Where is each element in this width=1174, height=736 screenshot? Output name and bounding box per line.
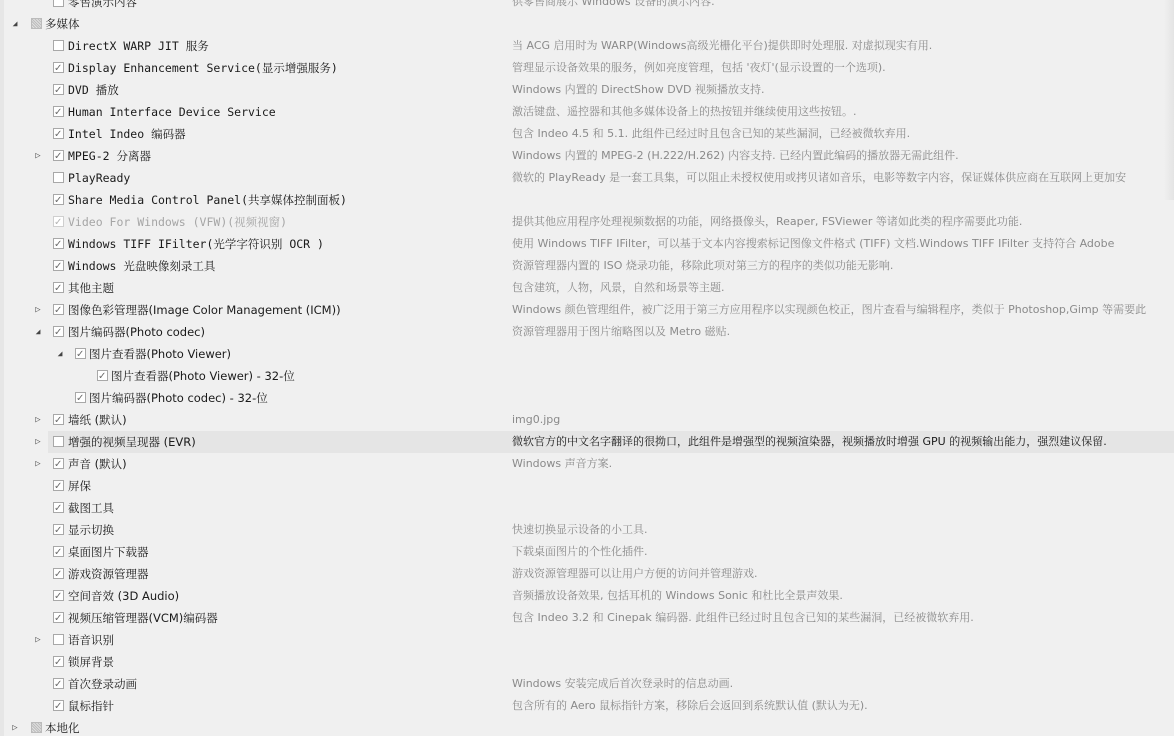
- tree-row-label: 本地化: [45, 717, 80, 736]
- tree-row-description: 游戏资源管理器可以让用户方便的访问并管理游戏.: [512, 563, 758, 585]
- tree-row[interactable]: 视频压缩管理器(VCM)编码器包含 Indeo 3.2 和 Cinepak 编码…: [0, 607, 1174, 629]
- tree-row-label: 语音识别: [68, 629, 114, 651]
- tree-row-description: 包含 Indeo 3.2 和 Cinepak 编码器. 此组件已经过时且包含已知…: [512, 607, 974, 629]
- tree-row-description: 管理显示设备效果的服务，例如亮度管理，包括 '夜灯'(显示设置的一个选项).: [512, 57, 886, 79]
- tree-row-label: 其他主题: [68, 277, 114, 299]
- tree-row-label: 锁屏背景: [68, 651, 114, 673]
- tree-row-label: 视频压缩管理器(VCM)编码器: [68, 607, 218, 629]
- tree-row[interactable]: 空间音效 (3D Audio)音频播放设备效果, 包括耳机的 Windows S…: [0, 585, 1174, 607]
- checkbox[interactable]: [53, 480, 64, 491]
- tree-row[interactable]: Windows TIFF IFilter(光学字符识别 OCR )使用 Wind…: [0, 233, 1174, 255]
- tree-row-label: 图片编码器(Photo codec) - 32-位: [89, 387, 268, 409]
- tree-row-label: 截图工具: [68, 497, 114, 519]
- checkbox[interactable]: [53, 458, 64, 469]
- tree-row-label: 零售演示内容: [68, 0, 137, 13]
- tree-row-label: 鼠标指针: [68, 695, 114, 717]
- tree-row-description: 供零售商展示 Windows 设备的演示内容.: [512, 0, 715, 13]
- tree-row-label: 多媒体: [45, 13, 80, 35]
- tree-row-label: 图片查看器(Photo Viewer): [89, 343, 231, 365]
- checkbox[interactable]: [53, 106, 64, 117]
- checkbox[interactable]: [53, 678, 64, 689]
- checkbox[interactable]: [53, 172, 64, 183]
- checkbox[interactable]: [53, 282, 64, 293]
- tree-row[interactable]: 图片查看器(Photo Viewer) - 32-位: [0, 365, 1174, 387]
- tree-row[interactable]: DVD 播放Windows 内置的 DirectShow DVD 视频播放支持.: [0, 79, 1174, 101]
- tree-row-label: 图片查看器(Photo Viewer) - 32-位: [111, 365, 295, 387]
- checkbox[interactable]: [53, 260, 64, 271]
- tree-row[interactable]: ▷MPEG-2 分离器Windows 内置的 MPEG-2 (H.222/H.2…: [0, 145, 1174, 167]
- expand-arrow-icon[interactable]: ▷: [33, 409, 43, 431]
- tree-row[interactable]: ▷墙纸 (默认)img0.jpg: [0, 409, 1174, 431]
- tree-row-label: 墙纸 (默认): [68, 409, 127, 431]
- tree-row-description: Windows 安装完成后首次登录时的信息动画.: [512, 673, 733, 695]
- tree-row-label: MPEG-2 分离器: [68, 145, 151, 167]
- tree-row-label: 图像色彩管理器(Image Color Management (ICM)): [68, 299, 341, 321]
- tree-row[interactable]: Intel Indeo 编码器包含 Indeo 4.5 和 5.1. 此组件已经…: [0, 123, 1174, 145]
- checkbox[interactable]: [53, 84, 64, 95]
- checkbox[interactable]: [53, 700, 64, 711]
- tree-row[interactable]: 屏保: [0, 475, 1174, 497]
- tree-row[interactable]: 桌面图片下载器下载桌面图片的个性化插件.: [0, 541, 1174, 563]
- checkbox: [53, 216, 64, 227]
- expand-arrow-icon[interactable]: ▷: [33, 145, 43, 167]
- collapse-arrow-icon[interactable]: ◢: [55, 343, 65, 365]
- checkbox[interactable]: [53, 612, 64, 623]
- collapse-arrow-icon[interactable]: ◢: [33, 321, 43, 343]
- tree-row-label: 桌面图片下载器: [68, 541, 149, 563]
- tree-row[interactable]: Human Interface Device Service激活键盘、遥控器和其…: [0, 101, 1174, 123]
- tree-row-description: 当 ACG 启用时为 WARP(Windows高级光栅化平台)提供即时处理服. …: [512, 35, 932, 57]
- tree-row-description: 提供其他应用程序处理视频数据的功能，网络摄像头，Reaper, FSViewer…: [512, 211, 1022, 233]
- checkbox[interactable]: [53, 0, 64, 7]
- tree-row-description: 音频播放设备效果, 包括耳机的 Windows Sonic 和杜比全景声效果.: [512, 585, 843, 607]
- tree-row-label: 屏保: [68, 475, 91, 497]
- tree-row[interactable]: ◢图片查看器(Photo Viewer): [0, 343, 1174, 365]
- checkbox[interactable]: [31, 722, 42, 733]
- checkbox[interactable]: [53, 568, 64, 579]
- expand-arrow-icon[interactable]: ▷: [33, 629, 43, 651]
- checkbox[interactable]: [75, 392, 86, 403]
- tree-row-label: 增强的视频呈现器 (EVR): [68, 431, 196, 453]
- checkbox[interactable]: [31, 18, 42, 29]
- checkbox[interactable]: [53, 656, 64, 667]
- tree-row[interactable]: ◢多媒体: [0, 13, 1174, 35]
- tree-row-description: Windows 内置的 MPEG-2 (H.222/H.262) 内容支持. 已…: [512, 145, 959, 167]
- tree-row-description: 包含 Indeo 4.5 和 5.1. 此组件已经过时且包含已知的某些漏洞，已经…: [512, 123, 910, 145]
- collapse-arrow-icon[interactable]: ◢: [10, 13, 20, 35]
- checkbox[interactable]: [75, 348, 86, 359]
- tree-row-description: Windows 颜色管理组件，被广泛用于第三方应用程序以实现颜色校正，图片查看与…: [512, 299, 1146, 321]
- tree-row-description: 资源管理器内置的 ISO 烧录功能，移除此项对第三方的程序的类似功能无影响.: [512, 255, 893, 277]
- checkbox[interactable]: [53, 436, 64, 447]
- checkbox[interactable]: [53, 150, 64, 161]
- tree-row[interactable]: DirectX WARP JIT 服务当 ACG 启用时为 WARP(Windo…: [0, 35, 1174, 57]
- tree-row-label: Windows 光盘映像刻录工具: [68, 255, 215, 277]
- tree-row-label: 空间音效 (3D Audio): [68, 585, 179, 607]
- tree-row-description: 微软官方的中文名字翻译的很拗口，此组件是增强型的视频渲染器，视频播放时增强 GP…: [512, 431, 1107, 453]
- tree-row[interactable]: ▷增强的视频呈现器 (EVR)微软官方的中文名字翻译的很拗口，此组件是增强型的视…: [0, 431, 1174, 453]
- tree-row[interactable]: 零售演示内容供零售商展示 Windows 设备的演示内容.: [0, 0, 1174, 13]
- expand-arrow-icon[interactable]: ▷: [33, 431, 43, 453]
- checkbox[interactable]: [53, 194, 64, 205]
- tree-row[interactable]: Video For Windows (VFW)(视频视窗)提供其他应用程序处理视…: [0, 211, 1174, 233]
- tree-row[interactable]: 显示切换快速切换显示设备的小工具.: [0, 519, 1174, 541]
- checkbox[interactable]: [53, 62, 64, 73]
- tree-row[interactable]: ◢图片编码器(Photo codec)资源管理器用于图片缩略图以及 Metro …: [0, 321, 1174, 343]
- checkbox[interactable]: [53, 502, 64, 513]
- tree-row-description: 微软的 PlayReady 是一套工具集，可以阻止未授权使用或拷贝诸如音乐，电影…: [512, 167, 1126, 189]
- tree-row[interactable]: PlayReady微软的 PlayReady 是一套工具集，可以阻止未授权使用或…: [0, 167, 1174, 189]
- tree-row[interactable]: 游戏资源管理器游戏资源管理器可以让用户方便的访问并管理游戏.: [0, 563, 1174, 585]
- checkbox[interactable]: [53, 414, 64, 425]
- tree-row[interactable]: Windows 光盘映像刻录工具资源管理器内置的 ISO 烧录功能，移除此项对第…: [0, 255, 1174, 277]
- tree-row-description: 快速切换显示设备的小工具.: [512, 519, 648, 541]
- tree-row-description: 下载桌面图片的个性化插件.: [512, 541, 648, 563]
- tree-row-description: 使用 Windows TIFF IFilter，可以基于文本内容搜索标记图像文件…: [512, 233, 1114, 255]
- tree-row-description: Windows 声音方案.: [512, 453, 612, 475]
- checkbox[interactable]: [53, 590, 64, 601]
- checkbox[interactable]: [53, 326, 64, 337]
- tree-row-description: 包含建筑，人物，风景，自然和场景等主题.: [512, 277, 725, 299]
- tree-row-label: 图片编码器(Photo codec): [68, 321, 205, 343]
- checkbox[interactable]: [53, 40, 64, 51]
- checkbox[interactable]: [53, 128, 64, 139]
- tree-row[interactable]: 锁屏背景: [0, 651, 1174, 673]
- checkbox[interactable]: [53, 238, 64, 249]
- tree-row[interactable]: 鼠标指针包含所有的 Aero 鼠标指针方案，移除后会返回到系统默认值 (默认为无…: [0, 695, 1174, 717]
- tree-row-label: DirectX WARP JIT 服务: [68, 35, 209, 57]
- tree-row[interactable]: Share Media Control Panel(共享媒体控制面板): [0, 189, 1174, 211]
- tree-row-label: Intel Indeo 编码器: [68, 123, 186, 145]
- checkbox[interactable]: [53, 546, 64, 557]
- tree-row-description: 激活键盘、遥控器和其他多媒体设备上的热按钮并继续使用这些按钮。.: [512, 101, 857, 123]
- tree-row-label: 首次登录动画: [68, 673, 137, 695]
- tree-row-label: Human Interface Device Service: [68, 101, 276, 123]
- tree-row-label: Video For Windows (VFW)(视频视窗): [68, 211, 287, 233]
- tree-row[interactable]: 其他主题包含建筑，人物，风景，自然和场景等主题.: [0, 277, 1174, 299]
- checkbox[interactable]: [97, 370, 108, 381]
- tree-row-label: 声音 (默认): [68, 453, 127, 475]
- tree-row[interactable]: ▷声音 (默认)Windows 声音方案.: [0, 453, 1174, 475]
- tree-row-label: 显示切换: [68, 519, 114, 541]
- expand-arrow-icon[interactable]: ▷: [10, 717, 20, 736]
- tree-row[interactable]: ▷本地化: [0, 717, 1174, 736]
- tree-row-description: Windows 内置的 DirectShow DVD 视频播放支持.: [512, 79, 764, 101]
- tree-row-label: PlayReady: [68, 167, 130, 189]
- tree-row[interactable]: ▷图像色彩管理器(Image Color Management (ICM))Wi…: [0, 299, 1174, 321]
- checkbox[interactable]: [53, 304, 64, 315]
- tree-row-label: DVD 播放: [68, 79, 119, 101]
- tree-row[interactable]: 首次登录动画Windows 安装完成后首次登录时的信息动画.: [0, 673, 1174, 695]
- tree-row[interactable]: ▷语音识别: [0, 629, 1174, 651]
- tree-row[interactable]: 图片编码器(Photo codec) - 32-位: [0, 387, 1174, 409]
- tree-row-description: 资源管理器用于图片缩略图以及 Metro 磁贴.: [512, 321, 730, 343]
- tree-row-description: 包含所有的 Aero 鼠标指针方案，移除后会返回到系统默认值 (默认为无).: [512, 695, 868, 717]
- tree-row-label: Share Media Control Panel(共享媒体控制面板): [68, 189, 347, 211]
- tree-row-description: img0.jpg: [512, 409, 560, 431]
- tree-row[interactable]: 截图工具: [0, 497, 1174, 519]
- component-tree: 零售演示内容供零售商展示 Windows 设备的演示内容.◢多媒体DirectX…: [0, 0, 1174, 736]
- tree-row-label: 游戏资源管理器: [68, 563, 149, 585]
- checkbox[interactable]: [53, 634, 64, 645]
- expand-arrow-icon[interactable]: ▷: [33, 299, 43, 321]
- tree-row-label: Display Enhancement Service(显示增强服务): [68, 57, 338, 79]
- checkbox[interactable]: [53, 524, 64, 535]
- tree-row[interactable]: Display Enhancement Service(显示增强服务)管理显示设…: [0, 57, 1174, 79]
- tree-row-label: Windows TIFF IFilter(光学字符识别 OCR ): [68, 233, 324, 255]
- expand-arrow-icon[interactable]: ▷: [33, 453, 43, 475]
